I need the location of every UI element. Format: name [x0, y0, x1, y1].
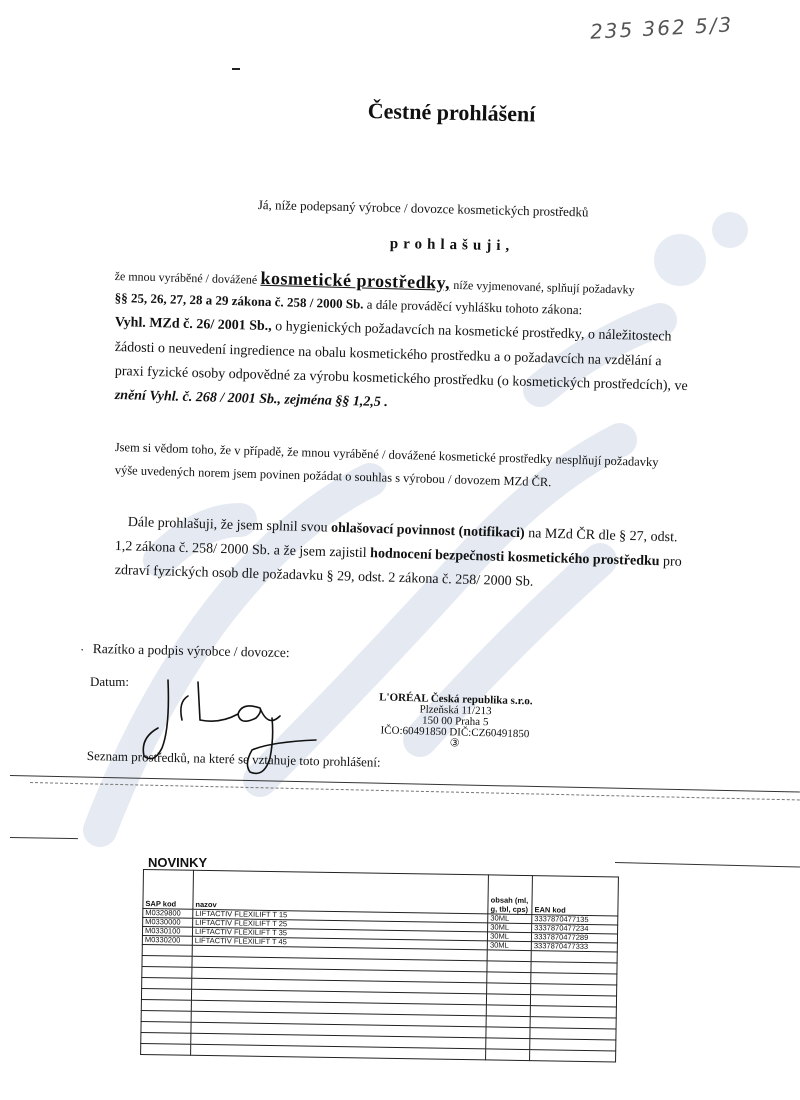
safety-assessment: hodnocení bezpečnosti kosmetického prost…: [370, 546, 660, 569]
empty-cell: [486, 1005, 530, 1017]
empty-cell: [142, 977, 192, 989]
para1-l2-a: §§ 25, 26, 27, 28 a 29 zákona č. 258 / 2…: [115, 290, 364, 312]
para3-l2-c: pro: [663, 554, 682, 570]
col-header-sap: SAP kod: [143, 870, 194, 910]
para1-l3-a: Vyhl. MZd č. 26/ 2001 Sb.,: [115, 315, 272, 334]
empty-cell: [142, 944, 192, 956]
company-stamp: L'ORÉAL Česká republika s.r.o. Plzeňská …: [365, 692, 546, 752]
empty-cell: [141, 988, 191, 1000]
scan-rule-left: [10, 837, 78, 839]
para1-l2-b: a dále prováděcí vyhlášku tohoto zákona:: [367, 297, 583, 318]
empty-cell: [487, 994, 531, 1006]
products-table: SAP kod nazov obsah (ml, g, tbl, cps) EA…: [140, 869, 619, 1062]
content-cell: 30ML: [487, 941, 531, 951]
bullet-dot: ·: [80, 642, 84, 658]
declare-word: prohlašuji,: [390, 236, 515, 255]
para3-l1-c: na MZd ČR dle § 27, odst.: [528, 526, 678, 545]
empty-cell: [487, 983, 531, 995]
empty-cell: [142, 955, 192, 967]
para3-line3: zdraví fyzických osob dle požadavku § 29…: [115, 563, 534, 591]
empty-cell: [141, 1021, 191, 1033]
empty-cell: [141, 999, 191, 1011]
scan-rule-right: [615, 862, 800, 868]
empty-cell: [142, 966, 192, 978]
para2-line2: výše uvedených norem jsem povinen požáda…: [115, 463, 552, 490]
para1-line6: znění Vyhl. č. 268 / 2001 Sb., zejména §…: [115, 388, 388, 411]
col-header-ean: EAN kod: [532, 876, 619, 916]
document-page: 235 362 5/3 Čestné prohlášení Já, níže p…: [0, 0, 800, 1100]
para1-l3-b: o hygienických požadavcích na kosmetické…: [275, 319, 672, 344]
empty-cell: [486, 1049, 530, 1061]
empty-cell: [486, 1038, 530, 1050]
document-title: Čestné prohlášení: [367, 98, 535, 128]
para1-l1-c: níže vyjmenované, splňují požadavky: [453, 278, 635, 297]
handwritten-reference-number: 235 362 5/3: [589, 12, 733, 43]
table-caption: NOVINKY: [148, 855, 207, 870]
empty-cell: [141, 1010, 191, 1022]
para1-l1-a: že mnou vyráběné / dovážené: [115, 269, 258, 287]
product-table: SAP kod nazov obsah (ml, g, tbl, cps) EA…: [140, 869, 619, 1062]
empty-cell: [141, 1032, 191, 1044]
empty-cell: [486, 1016, 530, 1028]
product-list-intro: Seznam prostředků, na které se vztahuje …: [87, 748, 381, 771]
empty-cell: [530, 1050, 616, 1062]
empty-cell: [487, 972, 531, 984]
para3-l2-a: 1,2 zákona č. 258/ 2000 Sb. a že jsem za…: [115, 539, 367, 561]
empty-cell: [487, 961, 531, 973]
notification-duty: ohlašovací povinnost (notifikaci): [331, 521, 525, 541]
cosmetic-products-emphasis: kosmetické prostředky,: [260, 268, 450, 293]
para3-l1-a: Dále prohlašuji, že jsem splnil svou: [128, 515, 328, 536]
scan-mark: [232, 68, 240, 70]
divider-rule-dotted: [30, 782, 800, 800]
col-header-content: obsah (ml, g, tbl, cps): [488, 875, 533, 915]
empty-cell: [487, 950, 531, 962]
empty-cell: [141, 1043, 191, 1055]
para1-line3: Vyhl. MZd č. 26/ 2001 Sb., o hygienickýc…: [115, 315, 672, 346]
col-header-name: nazov: [193, 870, 489, 914]
empty-cell: [486, 1027, 530, 1039]
stamp-signature-label: Razítko a podpis výrobce / dovozce:: [93, 641, 290, 661]
date-label: Datum:: [90, 674, 129, 690]
intro-line: Já, níže podepsaný výrobce / dovozce kos…: [258, 197, 589, 220]
sap-code-cell: M0330200: [142, 935, 192, 945]
